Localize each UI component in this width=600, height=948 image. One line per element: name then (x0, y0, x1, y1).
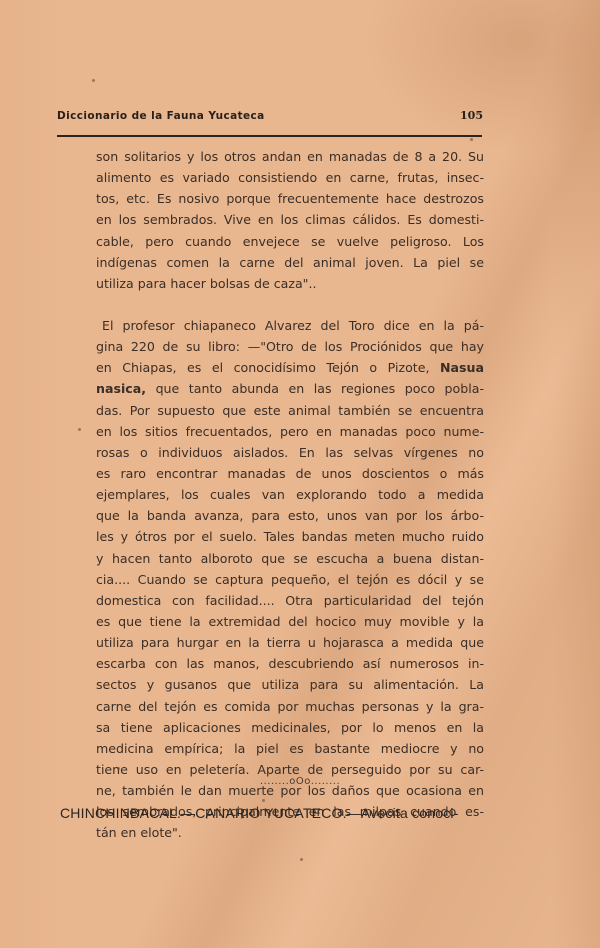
paper-speck (470, 138, 473, 141)
text-line: escarba con las manos, descubriendo así … (96, 653, 484, 674)
scientific-name: nasica, (96, 381, 146, 396)
text-line: nasica, que tanto abunda en las regiones… (96, 378, 484, 399)
text-line: en los sitios frecuentados, pero en mana… (96, 421, 484, 442)
text-line: ejemplares, los cuales van explorando to… (96, 484, 484, 505)
text-line: son solitarios y los otros andan en mana… (96, 146, 484, 167)
body-text: son solitarios y los otros andan en mana… (96, 146, 484, 844)
scientific-name: Nasua (440, 360, 484, 375)
text-line: medicina empírica; la piel es bastante m… (96, 738, 484, 759)
paragraph-gap (96, 294, 484, 315)
text-line: utiliza para hurgar en la tierra u hojar… (96, 632, 484, 653)
entry-headword: CHINCHINBACAL.—CANARIO YUCATECO.—Avecita… (60, 805, 459, 821)
text-line: alimento es variado consistiendo en carn… (96, 167, 484, 188)
text-line: en los sembrados. Vive en los climas cál… (96, 209, 484, 230)
section-divider: ........oOo........ (0, 776, 600, 787)
text-line: sectos y gusanos que utiliza para su ali… (96, 674, 484, 695)
paragraph-quotation: El profesor chiapaneco Alvarez del Toro … (96, 315, 484, 844)
text-line: cable, pero cuando envejece se vuelve pe… (96, 231, 484, 252)
text-segment: que tanto abunda en las regiones poco po… (156, 381, 484, 396)
text-line: El profesor chiapaneco Alvarez del Toro … (96, 315, 484, 336)
text-line: que la banda avanza, para esto, unos van… (96, 505, 484, 526)
paper-speck (92, 79, 95, 82)
text-line: utiliza para hacer bolsas de caza".. (96, 273, 484, 294)
text-line: es que tiene la extremidad del hocico mu… (96, 611, 484, 632)
text-line: sa tiene aplicaciones medicinales, por l… (96, 717, 484, 738)
next-entry: CHINCHINBACAL.—CANARIO YUCATECO.—Avecita… (60, 805, 484, 821)
text-line: domestica con facilidad.... Otra particu… (96, 590, 484, 611)
text-line: cia.... Cuando se captura pequeño, el te… (96, 569, 484, 590)
text-line: carne del tejón es comida por muchas per… (96, 696, 484, 717)
paper-speck (78, 428, 81, 431)
header-rule (57, 135, 482, 137)
text-line: es raro encontrar manadas de unos doscie… (96, 463, 484, 484)
text-line: tos, etc. Es nosivo porque frecuentement… (96, 188, 484, 209)
page-number: 105 (460, 109, 483, 122)
running-title: Diccionario de la Fauna Yucateca (57, 110, 265, 122)
paper-speck (300, 858, 303, 861)
paper-speck (262, 799, 265, 802)
text-line: rosas o individuos aislados. En las selv… (96, 442, 484, 463)
text-line: en Chiapas, es el conocidísimo Tejón o P… (96, 357, 484, 378)
text-line: indígenas comen la carne del animal jove… (96, 252, 484, 273)
text-line: y hacen tanto alboroto que se escucha a … (96, 548, 484, 569)
text-line: tán en elote". (96, 822, 484, 843)
paper-speck (117, 767, 120, 770)
text-line: gina 220 de su libro: —"Otro de los Proc… (96, 336, 484, 357)
text-line: les y ótros por el suelo. Tales bandas m… (96, 526, 484, 547)
paragraph-continuation: son solitarios y los otros andan en mana… (96, 146, 484, 294)
text-line: das. Por supuesto que este animal tambié… (96, 400, 484, 421)
text-segment: en Chiapas, es el conocidísimo Tejón o P… (96, 360, 429, 375)
running-head: Diccionario de la Fauna Yucateca 105 (57, 109, 483, 122)
